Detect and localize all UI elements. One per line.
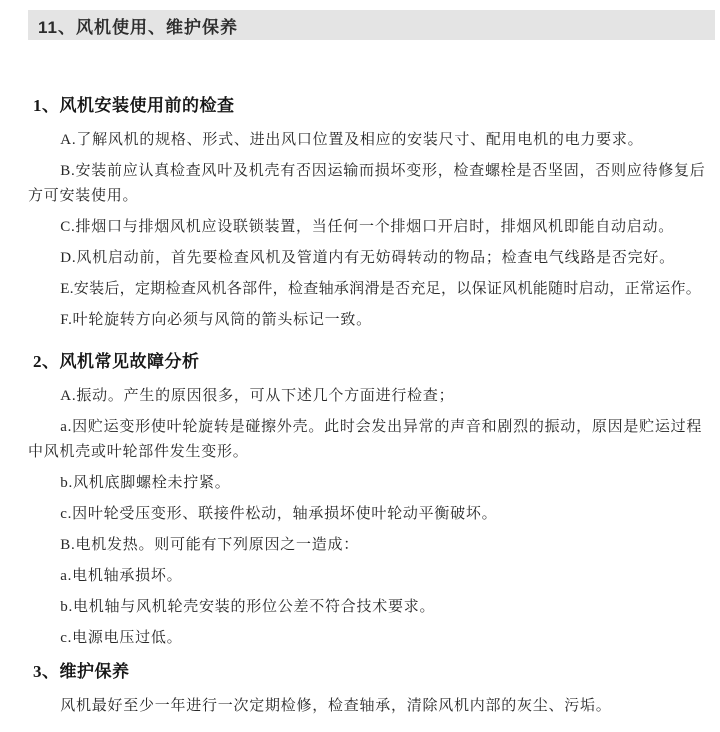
section-2-item-c2: c.电源电压过低。 [28,626,707,651]
section-1-item-a: A.了解风机的规格、形式、进出风口位置及相应的安装尺寸、配用电机的电力要求。 [28,128,707,153]
section-1-item-d: D.风机启动前，首先要检查风机及管道内有无妨碍转动的物品；检查电气线路是否完好。 [28,246,707,271]
section-2-item-A: A.振动。产生的原因很多，可从下述几个方面进行检查； [28,384,707,409]
section-2-item-b2: b.电机轴与风机轮壳安装的形位公差不符合技术要求。 [28,595,707,620]
section-1-item-b: B.安装前应认真检查风叶及机壳有否因运输而损坏变形，检查螺栓是否坚固，否则应待修… [28,159,707,209]
section-2-item-a2: a.电机轴承损坏。 [28,564,707,589]
section-2-item-c1: c.因叶轮受压变形、联接件松动，轴承损坏使叶轮动平衡破坏。 [28,502,707,527]
section-3-item-1: 风机最好至少一年进行一次定期检修，检查轴承，清除风机内部的灰尘、污垢。 [28,694,707,719]
document-page: 11、风机使用、维护保养 1、风机安装使用前的检查 A.了解风机的规格、形式、进… [0,10,720,719]
section-1-item-e: E.安装后，定期检查风机各部件，检查轴承润滑是否充足，以保证风机能随时启动，正常… [28,277,707,302]
chapter-title: 11、风机使用、维护保养 [38,13,238,38]
section-2-item-a1: a.因贮运变形使叶轮旋转是碰擦外壳。此时会发出异常的声音和剧烈的振动，原因是贮运… [28,415,707,465]
chapter-header-bar: 11、风机使用、维护保养 [28,10,715,40]
section-1-heading: 1、风机安装使用前的检查 [33,95,707,117]
section-1-item-f: F.叶轮旋转方向必须与风筒的箭头标记一致。 [28,308,707,333]
section-1-item-c: C.排烟口与排烟风机应设联锁装置，当任何一个排烟口开启时，排烟风机即能自动启动。 [28,215,707,240]
section-3-heading: 3、维护保养 [33,661,707,683]
document-content: 1、风机安装使用前的检查 A.了解风机的规格、形式、进出风口位置及相应的安装尺寸… [0,95,720,719]
section-2-heading: 2、风机常见故障分析 [33,351,707,373]
section-2-item-B: B.电机发热。则可能有下列原因之一造成： [28,533,707,558]
section-2-item-b1: b.风机底脚螺栓未拧紧。 [28,471,707,496]
